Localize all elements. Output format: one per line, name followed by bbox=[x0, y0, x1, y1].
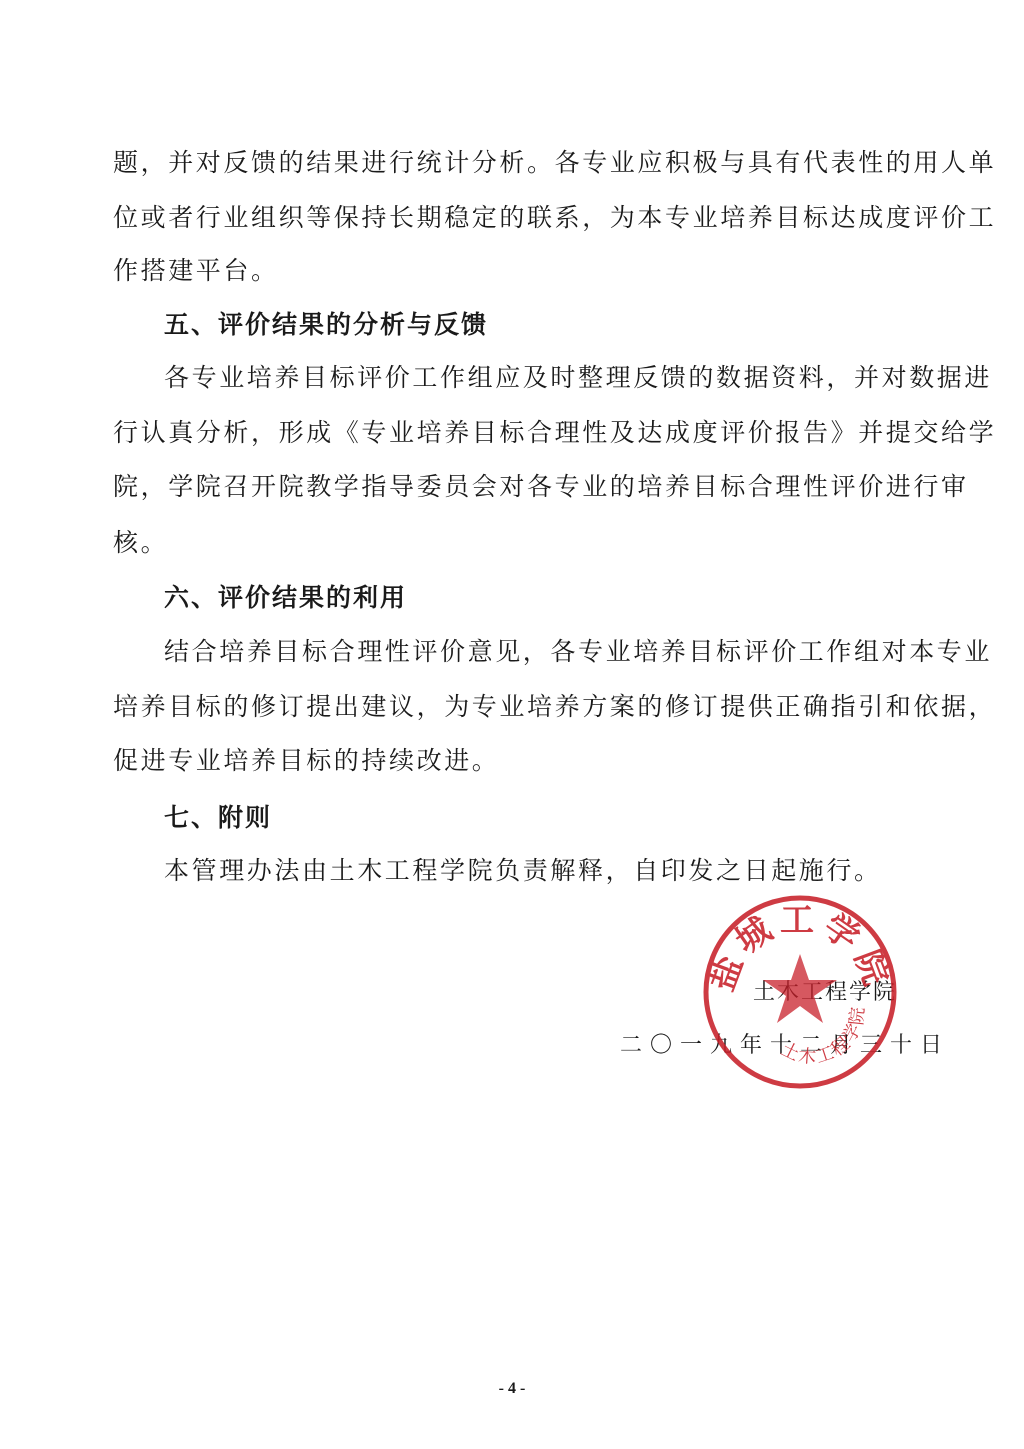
paragraph-line: 作搭建平台。 bbox=[113, 256, 279, 286]
paragraph-line: 行认真分析，形成《专业培养目标合理性及达成度评价报告》并提交给学 bbox=[113, 418, 996, 448]
paragraph-line: 位或者行业组织等保持长期稳定的联系，为本专业培养目标达成度评价工 bbox=[113, 203, 996, 233]
paragraph-line: 培养目标的修订提出建议，为专业培养方案的修订提供正确指引和依据， bbox=[113, 692, 996, 722]
paragraph-line: 题，并对反馈的结果进行统计分析。各专业应积极与具有代表性的用人单 bbox=[113, 148, 996, 178]
paragraph-line: 院，学院召开院教学指导委员会对各专业的培养目标合理性评价进行审 bbox=[113, 472, 969, 502]
paragraph-line: 各专业培养目标评价工作组应及时整理反馈的数据资料，并对数据进 bbox=[164, 363, 992, 393]
page-number: - 4 - bbox=[0, 1380, 1024, 1398]
document-page: 题，并对反馈的结果进行统计分析。各专业应积极与具有代表性的用人单 位或者行业组织… bbox=[0, 0, 1024, 1449]
section-heading-6: 六、评价结果的利用 bbox=[164, 583, 407, 613]
signature-organization: 土木工程学院 bbox=[753, 975, 897, 1006]
paragraph-line: 核。 bbox=[113, 528, 168, 558]
paragraph-line: 本管理办法由土木工程学院负责解释，自印发之日起施行。 bbox=[164, 856, 882, 886]
paragraph-line: 促进专业培养目标的持续改进。 bbox=[113, 746, 499, 776]
signature-date: 二〇一九年十二月三十日 bbox=[620, 1028, 950, 1059]
paragraph-line: 结合培养目标合理性评价意见，各专业培养目标评价工作组对本专业 bbox=[164, 637, 992, 667]
section-heading-7: 七、附则 bbox=[164, 803, 272, 833]
section-heading-5: 五、评价结果的分析与反馈 bbox=[164, 310, 488, 340]
